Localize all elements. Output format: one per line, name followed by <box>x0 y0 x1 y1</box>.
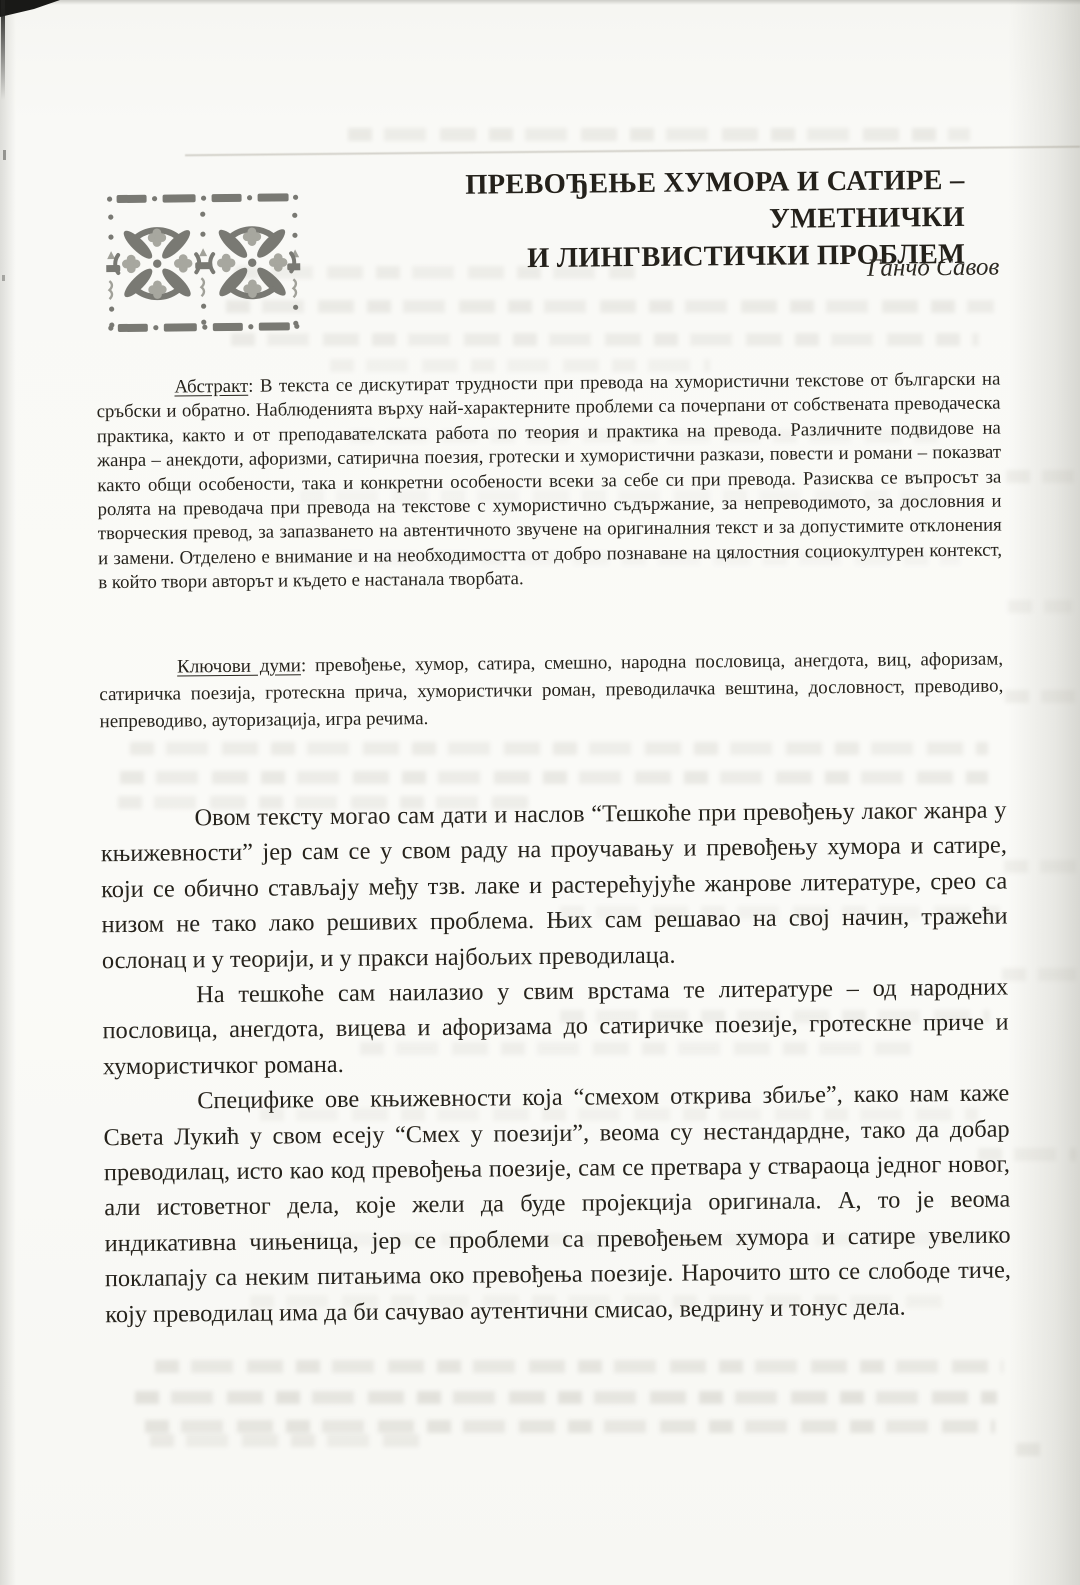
keywords-section: Ключови думи: превођење, хумор, сатира, … <box>99 646 1004 736</box>
body-paragraph-3: Специфике ове књижевности која “смехом о… <box>103 1076 1011 1333</box>
ornament-stamp-icon <box>105 185 300 340</box>
article-author: Ганчо Савов <box>645 254 999 285</box>
body-paragraph-1: Овом тексту могао сам дати и наслов “Теш… <box>100 793 1008 979</box>
scanned-paper-page: ПРЕВОЂЕЊЕ ХУМОРА И САТИРЕ – УМЕТНИЧКИ И … <box>0 0 1080 1585</box>
page-content: ПРЕВОЂЕЊЕ ХУМОРА И САТИРЕ – УМЕТНИЧКИ И … <box>0 0 1080 1585</box>
abstract-section: Абстракт: В текста се дискутират труднос… <box>96 368 1002 596</box>
body-paragraph-2: На тешкоће сам наилазио у свим врстама т… <box>102 970 1009 1085</box>
article-title-line1: ПРЕВОЂЕЊЕ ХУМОРА И САТИРЕ – УМЕТНИЧКИ <box>314 162 965 242</box>
abstract-text: : В текста се дискутират трудности при п… <box>97 369 1003 594</box>
article-body: Овом тексту могао сам дати и наслов “Теш… <box>100 793 1011 1333</box>
keywords-paragraph: Ключови думи: превођење, хумор, сатира, … <box>99 646 1004 736</box>
abstract-label: Абстракт <box>174 376 248 398</box>
abstract-paragraph: Абстракт: В текста се дискутират труднос… <box>96 368 1002 596</box>
keywords-label: Ключови думи <box>177 655 301 677</box>
